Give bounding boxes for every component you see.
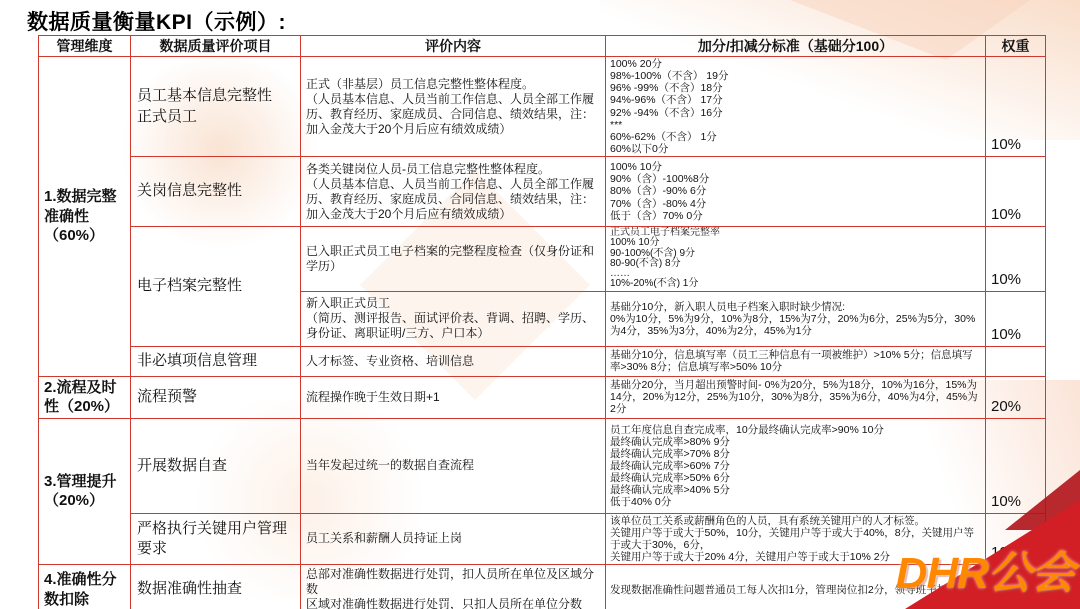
kpi-table-container: 管理维度 数据质量评价项目 评价内容 加分/扣减分标准（基础分100） 权重 1… [38, 35, 1046, 609]
cell-content-process-warning: 流程操作晚于生效日期+1 [301, 376, 606, 418]
cell-content-accuracy-check: 总部对准确性数据进行处罚，扣人员所在单位及区域分数 区域对准确性数据进行处罚，只… [301, 565, 606, 609]
cell-project-basic-info: 员工基本信息完整性 正式员工 [131, 57, 301, 157]
cell-weight-self-check: 10% [986, 418, 1046, 513]
cell-dimension-1: 1.数据完整准确性（60%） [39, 57, 131, 377]
cell-content-optional-info: 人才标签、专业资格、培训信息 [301, 346, 606, 376]
column-header-content: 评价内容 [301, 36, 606, 57]
table-row: 电子档案完整性 已入职正式员工电子档案的完整程度检查（仅身份证和学历） 正式员工… [39, 227, 1046, 292]
cell-project-key-user: 严格执行关键用户管理要求 [131, 513, 301, 564]
cell-content-e-archive-new: 新入职正式员工 （简历、测评报告、面试评价表、背调、招聘、学历、身份证、离职证明… [301, 291, 606, 346]
cell-weight-e-archive-existing: 10% [986, 227, 1046, 292]
cell-weight-e-archive-new: 10% [986, 291, 1046, 346]
table-row: 非必填项信息管理 人才标签、专业资格、培训信息 基础分10分，信息填写率（员工三… [39, 346, 1046, 376]
table-row: 2.流程及时性（20%） 流程预警 流程操作晚于生效日期+1 基础分20分，当月… [39, 376, 1046, 418]
cell-content-e-archive-existing: 已入职正式员工电子档案的完整程度检查（仅身份证和学历） [301, 227, 606, 292]
cell-weight-process-warning: 20% [986, 376, 1046, 418]
cell-project-self-check: 开展数据自查 [131, 418, 301, 513]
cell-dimension-3: 3.管理提升（20%） [39, 418, 131, 564]
cell-project-key-post: 关岗信息完整性 [131, 157, 301, 227]
table-row: 严格执行关键用户管理要求 员工关系和薪酬人员持证上岗 该单位员工关系或薪酬角色的… [39, 513, 1046, 564]
cell-dimension-2: 2.流程及时性（20%） [39, 376, 131, 418]
page-title: 数据质量衡量KPI（示例）: [27, 6, 286, 36]
cell-standard-basic-info: 100% 20分 98%-100%（不含） 19分 96% -99%（不含）18… [606, 57, 986, 157]
cell-project-e-archive: 电子档案完整性 [131, 227, 301, 347]
column-header-standard: 加分/扣减分标准（基础分100） [606, 36, 986, 57]
column-header-weight: 权重 [986, 36, 1046, 57]
table-row: 3.管理提升（20%） 开展数据自查 当年发起过统一的数据自查流程 员工年度信息… [39, 418, 1046, 513]
cell-project-accuracy-check: 数据准确性抽查 [131, 565, 301, 609]
cell-standard-process-warning: 基础分20分，当月超出预警时间- 0%为20分，5%为18分，10%为16分，1… [606, 376, 986, 418]
table-row: 4.准确性分数扣除 数据准确性抽查 总部对准确性数据进行处罚，扣人员所在单位及区… [39, 565, 1046, 609]
cell-dimension-4: 4.准确性分数扣除 [39, 565, 131, 609]
cell-content-key-post: 各类关键岗位人员-员工信息完整性整体程度。 （人员基本信息、人员当前工作信息、人… [301, 157, 606, 227]
cell-project-optional-info: 非必填项信息管理 [131, 346, 301, 376]
column-header-project: 数据质量评价项目 [131, 36, 301, 57]
cell-standard-self-check: 员工年度信息自查完成率，10分最终确认完成率>90% 10分 最终确认完成率>8… [606, 418, 986, 513]
dhr-watermark-logo: DHR公会 [896, 537, 1074, 601]
cell-standard-e-archive-existing: 正式员工电子档案完整率 100% 10分 90-100%(不含) 9分 80-9… [606, 227, 986, 292]
cell-standard-key-post: 100% 10分 90%（含）-100%8分 80%（含）-90% 6分 70%… [606, 157, 986, 227]
table-row: 关岗信息完整性 各类关键岗位人员-员工信息完整性整体程度。 （人员基本信息、人员… [39, 157, 1046, 227]
cell-weight-basic-info: 10% [986, 57, 1046, 157]
cell-content-key-user: 员工关系和薪酬人员持证上岗 [301, 513, 606, 564]
cell-project-process-warning: 流程预警 [131, 376, 301, 418]
table-row: 1.数据完整准确性（60%） 员工基本信息完整性 正式员工 正式（非基层）员工信… [39, 57, 1046, 157]
cell-standard-e-archive-new: 基础分10分，新入职人员电子档案入职时缺少情况: 0%为10分，5%为9分，10… [606, 291, 986, 346]
cell-content-self-check: 当年发起过统一的数据自查流程 [301, 418, 606, 513]
cell-weight-optional-info [986, 346, 1046, 376]
header-row: 管理维度 数据质量评价项目 评价内容 加分/扣减分标准（基础分100） 权重 [39, 36, 1046, 57]
kpi-table: 管理维度 数据质量评价项目 评价内容 加分/扣减分标准（基础分100） 权重 1… [38, 35, 1046, 609]
cell-content-basic-info: 正式（非基层）员工信息完整性整体程度。 （人员基本信息、人员当前工作信息、人员全… [301, 57, 606, 157]
cell-standard-optional-info: 基础分10分，信息填写率（员工三种信息有一项被维护）>10% 5分；信息填写率>… [606, 346, 986, 376]
column-header-dimension: 管理维度 [39, 36, 131, 57]
cell-weight-key-post: 10% [986, 157, 1046, 227]
